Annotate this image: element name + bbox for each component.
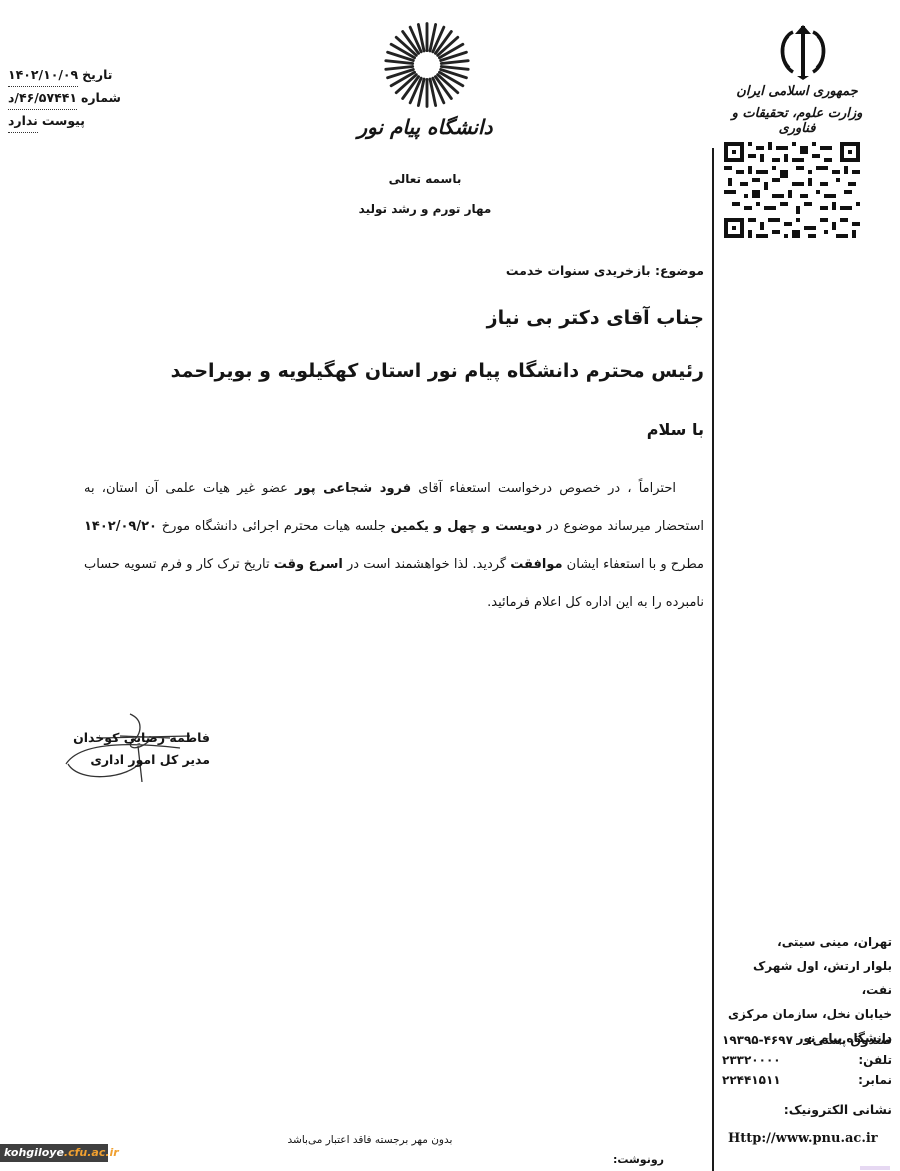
- bismillah: باسمه تعالی: [340, 172, 510, 186]
- ministry-name: وزارت علوم، تحقیقات و فناوری: [712, 106, 882, 136]
- number-label: شماره: [81, 87, 121, 110]
- signatory-title: مدیر کل امور اداری: [90, 752, 210, 767]
- attachment-label: پیوست: [42, 110, 85, 133]
- letter-meta: تاریخ ۱۴۰۲/۱۰/۰۹ شماره ۴۶/۵۷۴۴۱/د پیوست …: [8, 64, 168, 133]
- session-number: دویست و چهل و یکمین: [391, 519, 542, 534]
- approval-word: موافقت: [510, 557, 562, 572]
- employee-name: فرود شجاعی پور: [295, 481, 411, 496]
- cc-label: رونوشت:: [613, 1153, 664, 1166]
- phone-label: تلفن:: [858, 1050, 892, 1070]
- po-box-label: صندوق پستی:: [808, 1030, 892, 1050]
- fax-label: نمابر:: [858, 1070, 892, 1090]
- addressee-title: رئیس محترم دانشگاه پیام نور استان کهگیلو…: [171, 360, 704, 382]
- country-name: جمهوری اسلامی ایران: [722, 84, 872, 99]
- fax-value: ۲۲۴۴۱۵۱۱: [722, 1070, 781, 1090]
- site-watermark[interactable]: kohgiloye.cfu.ac.ir: [0, 1144, 108, 1162]
- email-label: نشانی الکترونیک:: [722, 1102, 892, 1117]
- stamp-validity-note: بدون مهر برجسته فاقد اعتبار می‌باشد: [270, 1134, 470, 1146]
- number-row: شماره ۴۶/۵۷۴۴۱/د: [8, 87, 168, 110]
- session-date: ۱۴۰۲/۰۹/۲۰: [84, 519, 157, 534]
- urgency-phrase: اسرع وقت: [274, 557, 343, 572]
- signature-block: فاطمه رضایی کوخدان مدیر کل امور اداری: [60, 712, 210, 782]
- year-motto: مهار تورم و رشد تولید: [320, 202, 530, 216]
- pnu-sunburst-logo-icon: [382, 20, 472, 110]
- attachment-row: پیوست ندارد: [8, 110, 168, 133]
- body-text: مطرح و با استعفاء ایشان: [563, 557, 704, 572]
- body-text: جلسه هیات محترم اجرائی دانشگاه مورخ: [157, 519, 391, 534]
- po-box-row: صندوق پستی: ۱۹۳۹۵-۴۶۹۷: [722, 1030, 892, 1050]
- decorative-strip: [860, 1166, 890, 1170]
- contact-info: صندوق پستی: ۱۹۳۹۵-۴۶۹۷ تلفن: ۲۳۳۲۰۰۰۰ نم…: [722, 1030, 892, 1090]
- fax-row: نمابر: ۲۲۴۴۱۵۱۱: [722, 1070, 892, 1090]
- date-row: تاریخ ۱۴۰۲/۱۰/۰۹: [8, 64, 168, 87]
- handwritten-signature-icon: [60, 712, 210, 782]
- letter-body-paragraph: احتراماً ، در خصوص درخواست استعفاء آقای …: [84, 470, 704, 622]
- body-text: گردید. لذا خواهشمند است در: [343, 557, 510, 572]
- number-value: ۴۶/۵۷۴۴۱/د: [8, 87, 77, 110]
- attachment-value: ندارد: [8, 110, 38, 133]
- margin-divider-line: [712, 148, 714, 1171]
- address-line: بلوار ارتش، اول شهرک نفت،: [722, 954, 892, 1002]
- greeting: با سلام: [647, 420, 704, 439]
- watermark-main: kohgiloye: [4, 1146, 64, 1159]
- website-link[interactable]: Http://www.pnu.ac.ir: [728, 1131, 893, 1146]
- phone-value: ۲۳۳۲۰۰۰۰: [722, 1050, 781, 1070]
- date-label: تاریخ: [82, 64, 112, 87]
- address-line: تهران، مینی سیتی،: [722, 930, 892, 954]
- date-value: ۱۴۰۲/۱۰/۰۹: [8, 64, 78, 87]
- letter-subject: موضوع: بازخریدی سنوات خدمت: [506, 263, 704, 278]
- university-name: دانشگاه پیام نور: [340, 115, 510, 139]
- po-box-value: ۱۹۳۹۵-۴۶۹۷: [722, 1030, 793, 1050]
- qr-code-icon[interactable]: [724, 142, 860, 238]
- addressee-name: جناب آقای دکتر بی نیاز: [487, 307, 704, 329]
- body-text: احتراماً ، در خصوص درخواست استعفاء آقای: [411, 481, 704, 496]
- iran-emblem-icon: [775, 22, 831, 80]
- signatory-name: فاطمه رضایی کوخدان: [73, 730, 210, 745]
- address-line: خیابان نخل، سازمان مرکزی: [722, 1002, 892, 1026]
- phone-row: تلفن: ۲۳۳۲۰۰۰۰: [722, 1050, 892, 1070]
- watermark-accent: .cfu.ac.ir: [64, 1146, 119, 1159]
